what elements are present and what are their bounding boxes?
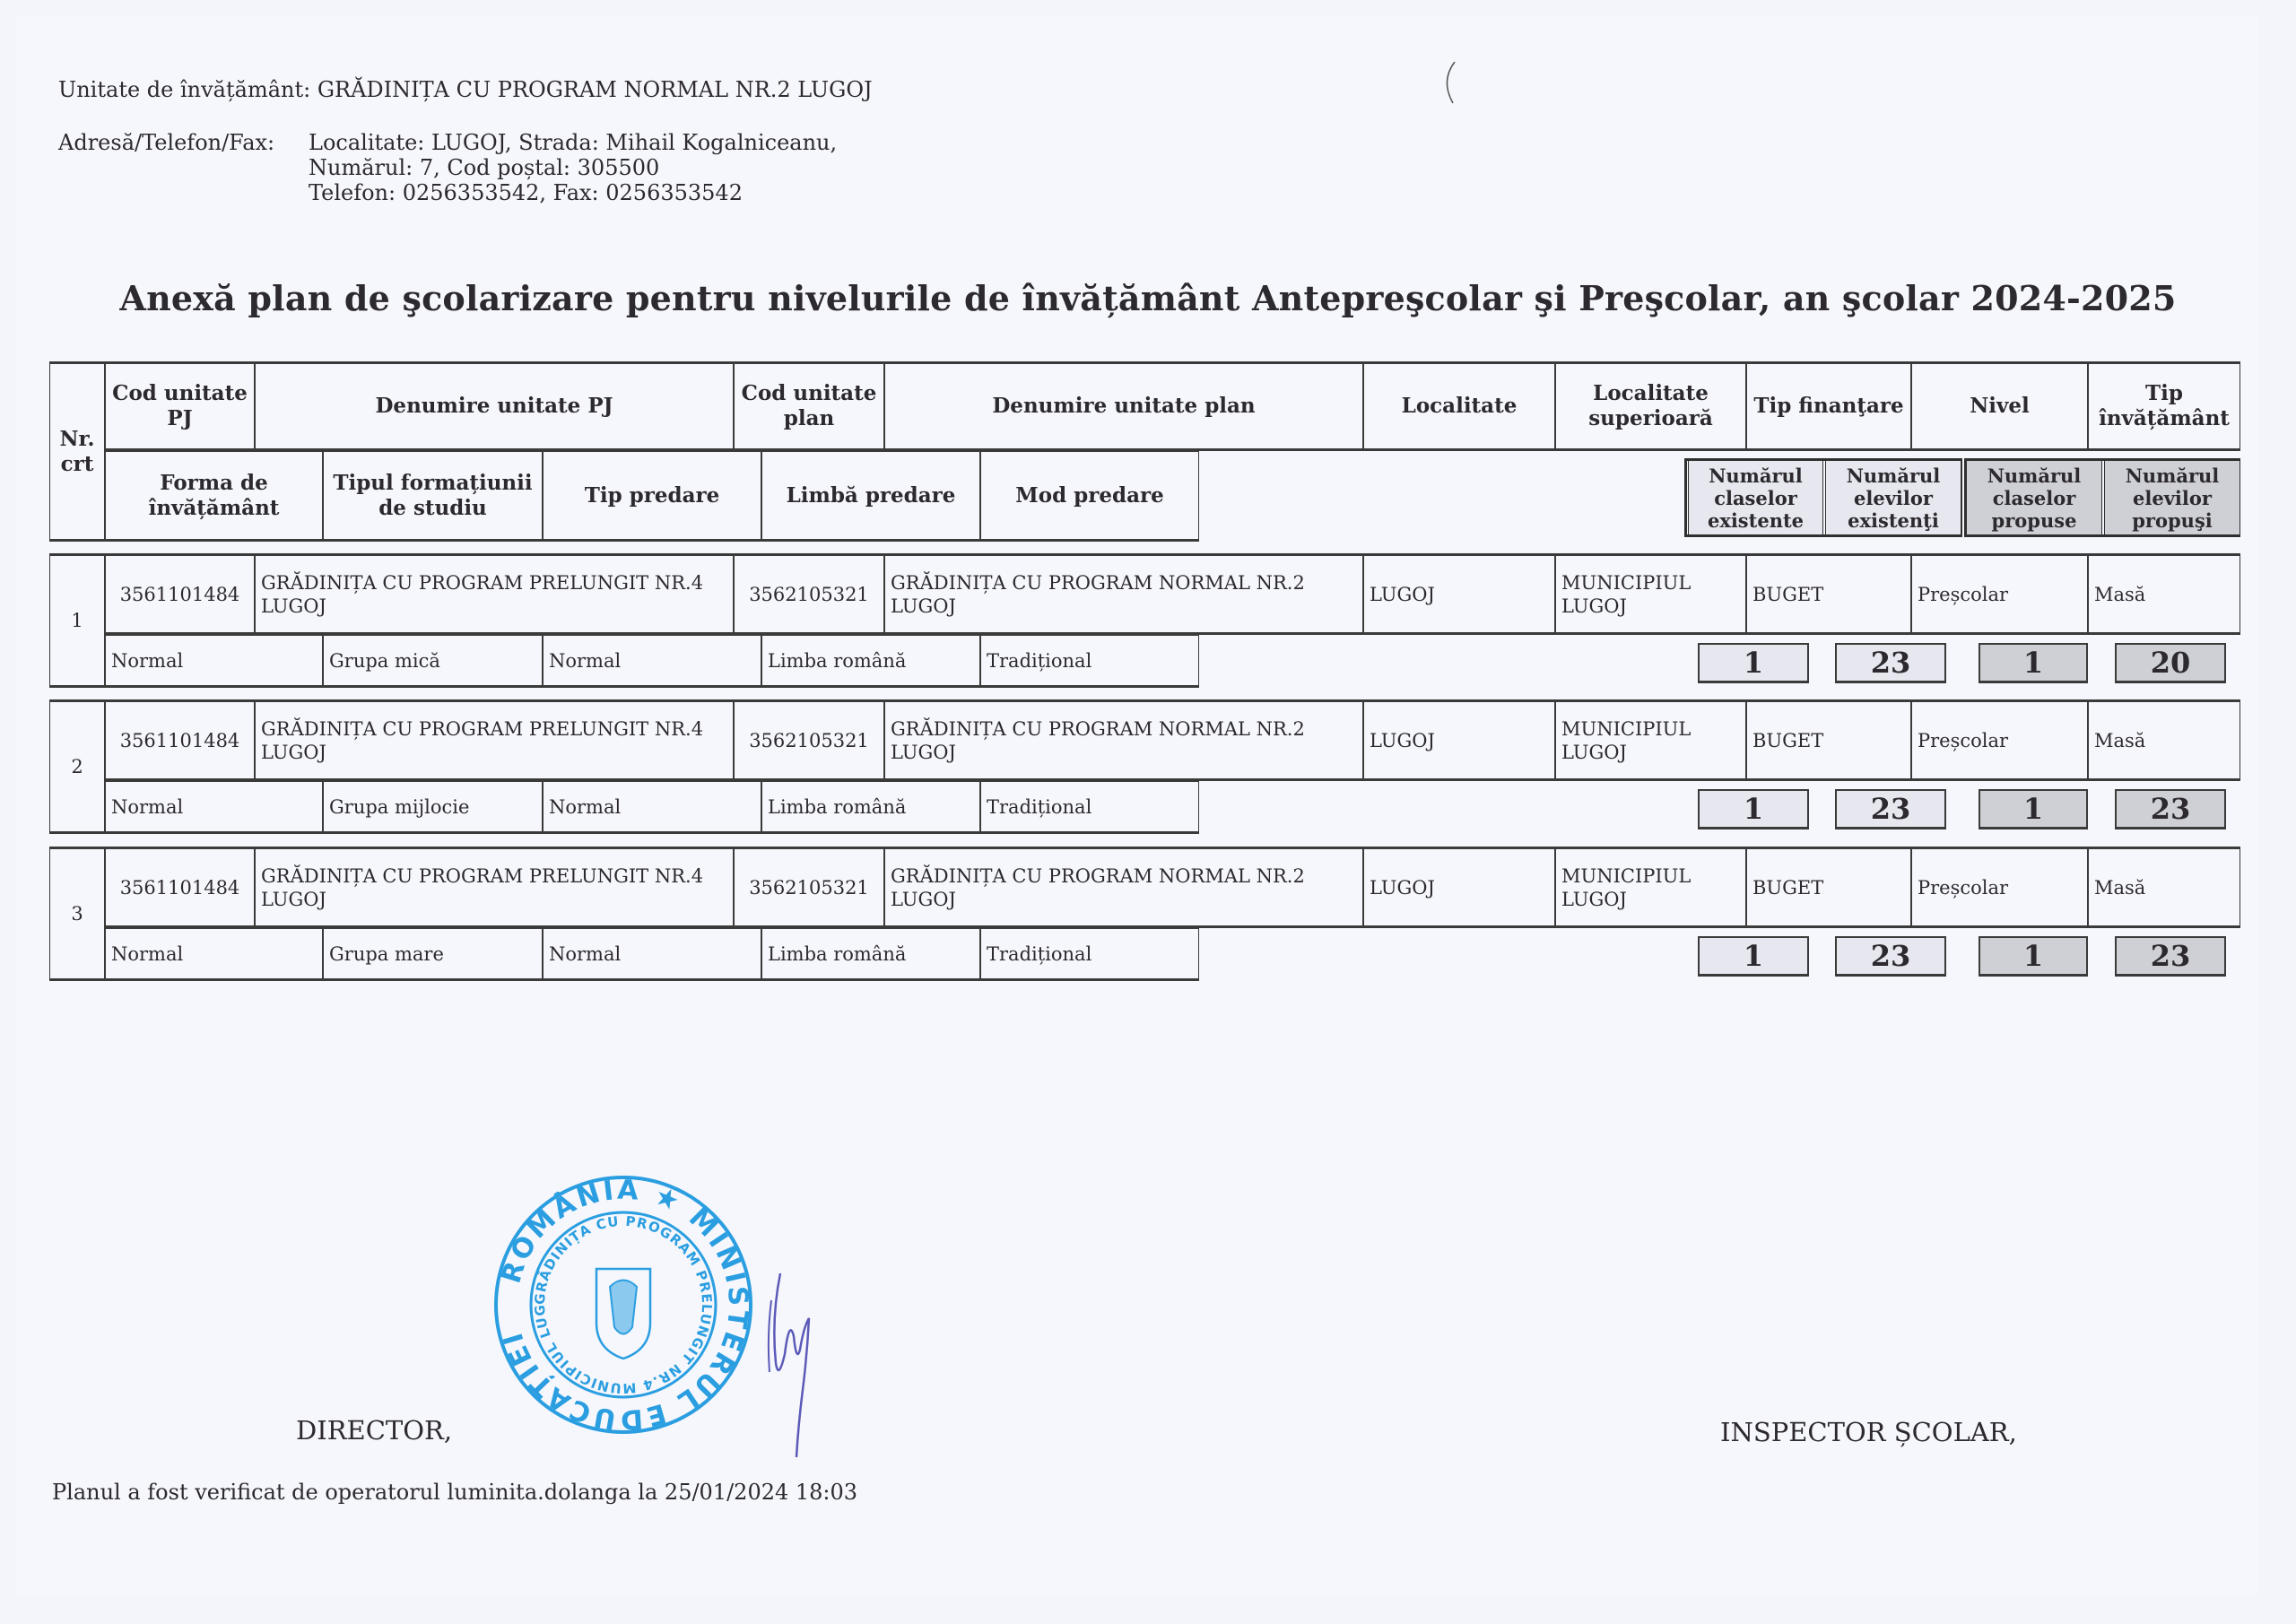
unit-value: GRĂDINIȚA CU PROGRAM NORMAL NR.2 LUGOJ bbox=[317, 77, 873, 102]
cell-localitate: LUGOJ bbox=[1363, 847, 1555, 928]
value-elevi-existenti-text: 23 bbox=[1871, 792, 1911, 826]
header-count-classes-existing-text: Numărul claselor existente bbox=[1689, 465, 1822, 532]
cell-forma-text: Normal bbox=[111, 795, 183, 819]
cell-denumire-pj: GRĂDINIȚA CU PROGRAM PRELUNGIT NR.4 LUGO… bbox=[255, 699, 734, 781]
pen-mark bbox=[1435, 58, 1462, 108]
row-nr-text: 1 bbox=[71, 609, 83, 632]
cell-cod-pj-text: 3561101484 bbox=[120, 729, 240, 752]
col-localitate-superioara: Localitate superioară bbox=[1555, 361, 1746, 451]
cell-tip-predare-text: Normal bbox=[549, 942, 621, 966]
cell-nivel-text: Preșcolar bbox=[1918, 876, 2008, 899]
cell-tip-formatiune: Grupa mică bbox=[323, 635, 543, 688]
value-clase-propuse-text: 1 bbox=[2023, 646, 2043, 680]
cell-tip-predare: Normal bbox=[543, 928, 761, 981]
cell-forma-text: Normal bbox=[111, 649, 183, 673]
header-count-students-existing-text: Numărul elevilor existenţi bbox=[1826, 465, 1961, 532]
cell-localitate-text: LUGOJ bbox=[1370, 876, 1435, 899]
cell-localitate: LUGOJ bbox=[1363, 699, 1555, 781]
col-nr-crt-text: Nr. crt bbox=[50, 427, 104, 477]
cell-forma: Normal bbox=[105, 928, 323, 981]
value-elevi-existenti: 23 bbox=[1835, 643, 1946, 683]
value-clase-existente: 1 bbox=[1698, 789, 1809, 829]
address-label: Adresă/Telefon/Fax: bbox=[58, 130, 274, 155]
row-nr-text: 2 bbox=[71, 755, 83, 778]
cell-cod-plan-text: 3562105321 bbox=[749, 876, 869, 899]
cell-cod-pj: 3561101484 bbox=[105, 699, 255, 781]
value-elevi-existenti-text: 23 bbox=[1871, 939, 1911, 973]
cell-limba-text: Limba română bbox=[768, 942, 906, 966]
col-forma-invatamant: Forma de învățământ bbox=[105, 451, 323, 542]
cell-tip-invatamant: Masă bbox=[2088, 699, 2240, 781]
cell-tip-formatiune-text: Grupa mică bbox=[329, 649, 440, 673]
col-tip-predare: Tip predare bbox=[543, 451, 761, 542]
value-clase-propuse-text: 1 bbox=[2023, 792, 2043, 826]
value-elevi-existenti: 23 bbox=[1835, 789, 1946, 829]
col-limba-predare-text: Limbă predare bbox=[787, 483, 956, 508]
value-elevi-propusi: 23 bbox=[2115, 936, 2226, 977]
cell-limba-text: Limba română bbox=[768, 649, 906, 673]
col-cod-unitate-pj-text: Cod unitate PJ bbox=[106, 381, 254, 431]
cell-limba-text: Limba română bbox=[768, 795, 906, 819]
cell-finantare-text: BUGET bbox=[1752, 729, 1823, 752]
cell-mod-text: Tradițional bbox=[987, 795, 1091, 819]
director-signature bbox=[753, 1264, 825, 1462]
inspector-label: INSPECTOR ȘCOLAR, bbox=[1720, 1417, 2017, 1447]
col-nr-crt: Nr. crt bbox=[49, 361, 105, 542]
col-cod-unitate-plan-text: Cod unitate plan bbox=[735, 381, 883, 431]
cell-limba: Limba română bbox=[761, 928, 980, 981]
cell-localitate-sup-text: MUNICIPIUL LUGOJ bbox=[1561, 571, 1745, 618]
cell-tip-invatamant-text: Masă bbox=[2094, 583, 2145, 606]
document-title: Anexă plan de şcolarizare pentru nivelur… bbox=[0, 278, 2296, 318]
cell-tip-predare-text: Normal bbox=[549, 649, 621, 673]
cell-denumire-plan: GRĂDINIȚA CU PROGRAM NORMAL NR.2 LUGOJ bbox=[884, 553, 1363, 635]
value-clase-propuse: 1 bbox=[1979, 789, 2088, 829]
cell-finantare: BUGET bbox=[1746, 699, 1911, 781]
cell-limba: Limba română bbox=[761, 635, 980, 688]
cell-tip-formatiune-text: Grupa mijlocie bbox=[329, 795, 469, 819]
cell-forma: Normal bbox=[105, 781, 323, 834]
cell-limba: Limba română bbox=[761, 781, 980, 834]
cell-tip-formatiune: Grupa mijlocie bbox=[323, 781, 543, 834]
col-tip-formatiune-text: Tipul formațiunii de studiu bbox=[324, 471, 542, 521]
col-denumire-unitate-plan: Denumire unitate plan bbox=[884, 361, 1363, 451]
value-clase-existente: 1 bbox=[1698, 936, 1809, 977]
address-line-2: Numărul: 7, Cod poștal: 305500 bbox=[309, 155, 659, 180]
value-clase-propuse: 1 bbox=[1979, 936, 2088, 977]
cell-tip-formatiune: Grupa mare bbox=[323, 928, 543, 981]
cell-tip-formatiune-text: Grupa mare bbox=[329, 942, 444, 966]
col-tip-invatamant: Tip învățământ bbox=[2088, 361, 2240, 451]
cell-finantare: BUGET bbox=[1746, 553, 1911, 635]
cell-tip-invatamant: Masă bbox=[2088, 847, 2240, 928]
cell-nivel-text: Preșcolar bbox=[1918, 729, 2008, 752]
row-nr: 3 bbox=[49, 847, 105, 981]
cell-cod-pj-text: 3561101484 bbox=[120, 583, 240, 606]
cell-denumire-pj-text: GRĂDINIȚA CU PROGRAM PRELUNGIT NR.4 LUGO… bbox=[261, 571, 733, 618]
row-nr: 2 bbox=[49, 699, 105, 834]
cell-denumire-pj-text: GRĂDINIȚA CU PROGRAM PRELUNGIT NR.4 LUGO… bbox=[261, 717, 733, 764]
value-clase-existente-text: 1 bbox=[1744, 646, 1763, 680]
value-elevi-propusi: 20 bbox=[2115, 643, 2226, 683]
col-mod-predare: Mod predare bbox=[980, 451, 1199, 542]
verification-footer: Planul a fost verificat de operatorul lu… bbox=[52, 1480, 857, 1505]
value-elevi-existenti-text: 23 bbox=[1871, 646, 1911, 680]
cell-tip-invatamant: Masă bbox=[2088, 553, 2240, 635]
col-localitate-superioara-text: Localitate superioară bbox=[1556, 381, 1745, 431]
cell-cod-plan: 3562105321 bbox=[734, 847, 884, 928]
cell-denumire-pj: GRĂDINIȚA CU PROGRAM PRELUNGIT NR.4 LUGO… bbox=[255, 553, 734, 635]
cell-cod-pj: 3561101484 bbox=[105, 847, 255, 928]
cell-localitate: LUGOJ bbox=[1363, 553, 1555, 635]
cell-mod: Tradițional bbox=[980, 928, 1199, 981]
cell-cod-plan: 3562105321 bbox=[734, 699, 884, 781]
cell-denumire-plan-text: GRĂDINIȚA CU PROGRAM NORMAL NR.2 LUGOJ bbox=[891, 864, 1362, 911]
cell-mod-text: Tradițional bbox=[987, 942, 1091, 966]
value-clase-existente-text: 1 bbox=[1744, 939, 1763, 973]
cell-nivel: Preșcolar bbox=[1911, 847, 2088, 928]
value-elevi-propusi-text: 20 bbox=[2151, 646, 2191, 680]
unit-line: Unitate de învățământ: GRĂDINIȚA CU PROG… bbox=[58, 77, 873, 102]
col-tip-invatamant-text: Tip învățământ bbox=[2089, 381, 2239, 431]
col-tip-finantare: Tip finanţare bbox=[1746, 361, 1911, 451]
header-count-classes-proposed: Numărul claselor propuse bbox=[1966, 460, 2102, 535]
value-clase-propuse-text: 1 bbox=[2023, 939, 2043, 973]
cell-mod: Tradițional bbox=[980, 781, 1199, 834]
cell-nivel: Preșcolar bbox=[1911, 699, 2088, 781]
cell-finantare-text: BUGET bbox=[1752, 876, 1823, 899]
cell-denumire-pj-text: GRĂDINIȚA CU PROGRAM PRELUNGIT NR.4 LUGO… bbox=[261, 864, 733, 911]
value-clase-propuse: 1 bbox=[1979, 643, 2088, 683]
cell-denumire-plan: GRĂDINIȚA CU PROGRAM NORMAL NR.2 LUGOJ bbox=[884, 847, 1363, 928]
address-line-3: Telefon: 0256353542, Fax: 0256353542 bbox=[309, 180, 743, 205]
unit-label: Unitate de învățământ: bbox=[58, 77, 310, 102]
col-tip-predare-text: Tip predare bbox=[585, 483, 720, 508]
value-elevi-existenti: 23 bbox=[1835, 936, 1946, 977]
cell-forma: Normal bbox=[105, 635, 323, 688]
cell-cod-pj-text: 3561101484 bbox=[120, 876, 240, 899]
cell-localitate-sup: MUNICIPIUL LUGOJ bbox=[1555, 847, 1746, 928]
col-forma-invatamant-text: Forma de învățământ bbox=[106, 471, 322, 521]
cell-finantare-text: BUGET bbox=[1752, 583, 1823, 606]
col-tip-formatiune: Tipul formațiunii de studiu bbox=[323, 451, 543, 542]
address-line-1: Localitate: LUGOJ, Strada: Mihail Kogaln… bbox=[309, 130, 837, 155]
value-elevi-propusi: 23 bbox=[2115, 789, 2226, 829]
row-nr: 1 bbox=[49, 553, 105, 688]
cell-localitate-text: LUGOJ bbox=[1370, 729, 1435, 752]
cell-denumire-plan: GRĂDINIȚA CU PROGRAM NORMAL NR.2 LUGOJ bbox=[884, 699, 1363, 781]
cell-localitate-sup-text: MUNICIPIUL LUGOJ bbox=[1561, 717, 1745, 764]
cell-cod-plan-text: 3562105321 bbox=[749, 729, 869, 752]
header-count-classes-proposed-text: Numărul claselor propuse bbox=[1967, 465, 2101, 532]
cell-tip-predare: Normal bbox=[543, 635, 761, 688]
director-label: DIRECTOR, bbox=[296, 1415, 452, 1446]
col-nivel-text: Nivel bbox=[1970, 394, 2030, 419]
value-elevi-propusi-text: 23 bbox=[2151, 792, 2191, 826]
col-limba-predare: Limbă predare bbox=[761, 451, 980, 542]
header-count-students-proposed: Numărul elevilor propuşi bbox=[2104, 460, 2240, 535]
header-count-classes-existing: Numărul claselor existente bbox=[1688, 460, 1823, 535]
cell-finantare: BUGET bbox=[1746, 847, 1911, 928]
cell-denumire-plan-text: GRĂDINIȚA CU PROGRAM NORMAL NR.2 LUGOJ bbox=[891, 571, 1362, 618]
cell-mod-text: Tradițional bbox=[987, 649, 1091, 673]
row-nr-text: 3 bbox=[71, 902, 83, 925]
cell-tip-predare: Normal bbox=[543, 781, 761, 834]
cell-mod: Tradițional bbox=[980, 635, 1199, 688]
col-tip-finantare-text: Tip finanţare bbox=[1753, 394, 1903, 419]
cell-nivel: Preșcolar bbox=[1911, 553, 2088, 635]
official-stamp: ROMÂNIA ★ MINISTERUL EDUCAȚIEI ★ GRĂDINI… bbox=[489, 1170, 758, 1439]
col-denumire-unitate-pj-text: Denumire unitate PJ bbox=[375, 394, 613, 419]
cell-denumire-pj: GRĂDINIȚA CU PROGRAM PRELUNGIT NR.4 LUGO… bbox=[255, 847, 734, 928]
cell-localitate-sup: MUNICIPIUL LUGOJ bbox=[1555, 699, 1746, 781]
cell-cod-plan-text: 3562105321 bbox=[749, 583, 869, 606]
cell-nivel-text: Preșcolar bbox=[1918, 583, 2008, 606]
header-count-students-proposed-text: Numărul elevilor propuşi bbox=[2105, 465, 2239, 532]
cell-localitate-sup-text: MUNICIPIUL LUGOJ bbox=[1561, 864, 1745, 911]
header-count-students-existing: Numărul elevilor existenţi bbox=[1825, 460, 1961, 535]
col-cod-unitate-plan: Cod unitate plan bbox=[734, 361, 884, 451]
cell-cod-plan: 3562105321 bbox=[734, 553, 884, 635]
cell-tip-predare-text: Normal bbox=[549, 795, 621, 819]
col-cod-unitate-pj: Cod unitate PJ bbox=[105, 361, 255, 451]
value-elevi-propusi-text: 23 bbox=[2151, 939, 2191, 973]
col-localitate: Localitate bbox=[1363, 361, 1555, 451]
value-clase-existente: 1 bbox=[1698, 643, 1809, 683]
col-localitate-text: Localitate bbox=[1402, 394, 1518, 419]
cell-tip-invatamant-text: Masă bbox=[2094, 876, 2145, 899]
cell-localitate-text: LUGOJ bbox=[1370, 583, 1435, 606]
cell-cod-pj: 3561101484 bbox=[105, 553, 255, 635]
cell-forma-text: Normal bbox=[111, 942, 183, 966]
cell-localitate-sup: MUNICIPIUL LUGOJ bbox=[1555, 553, 1746, 635]
value-clase-existente-text: 1 bbox=[1744, 792, 1763, 826]
col-denumire-unitate-plan-text: Denumire unitate plan bbox=[992, 394, 1255, 419]
col-nivel: Nivel bbox=[1911, 361, 2088, 451]
cell-tip-invatamant-text: Masă bbox=[2094, 729, 2145, 752]
cell-denumire-plan-text: GRĂDINIȚA CU PROGRAM NORMAL NR.2 LUGOJ bbox=[891, 717, 1362, 764]
col-denumire-unitate-pj: Denumire unitate PJ bbox=[255, 361, 734, 451]
col-mod-predare-text: Mod predare bbox=[1015, 483, 1163, 508]
